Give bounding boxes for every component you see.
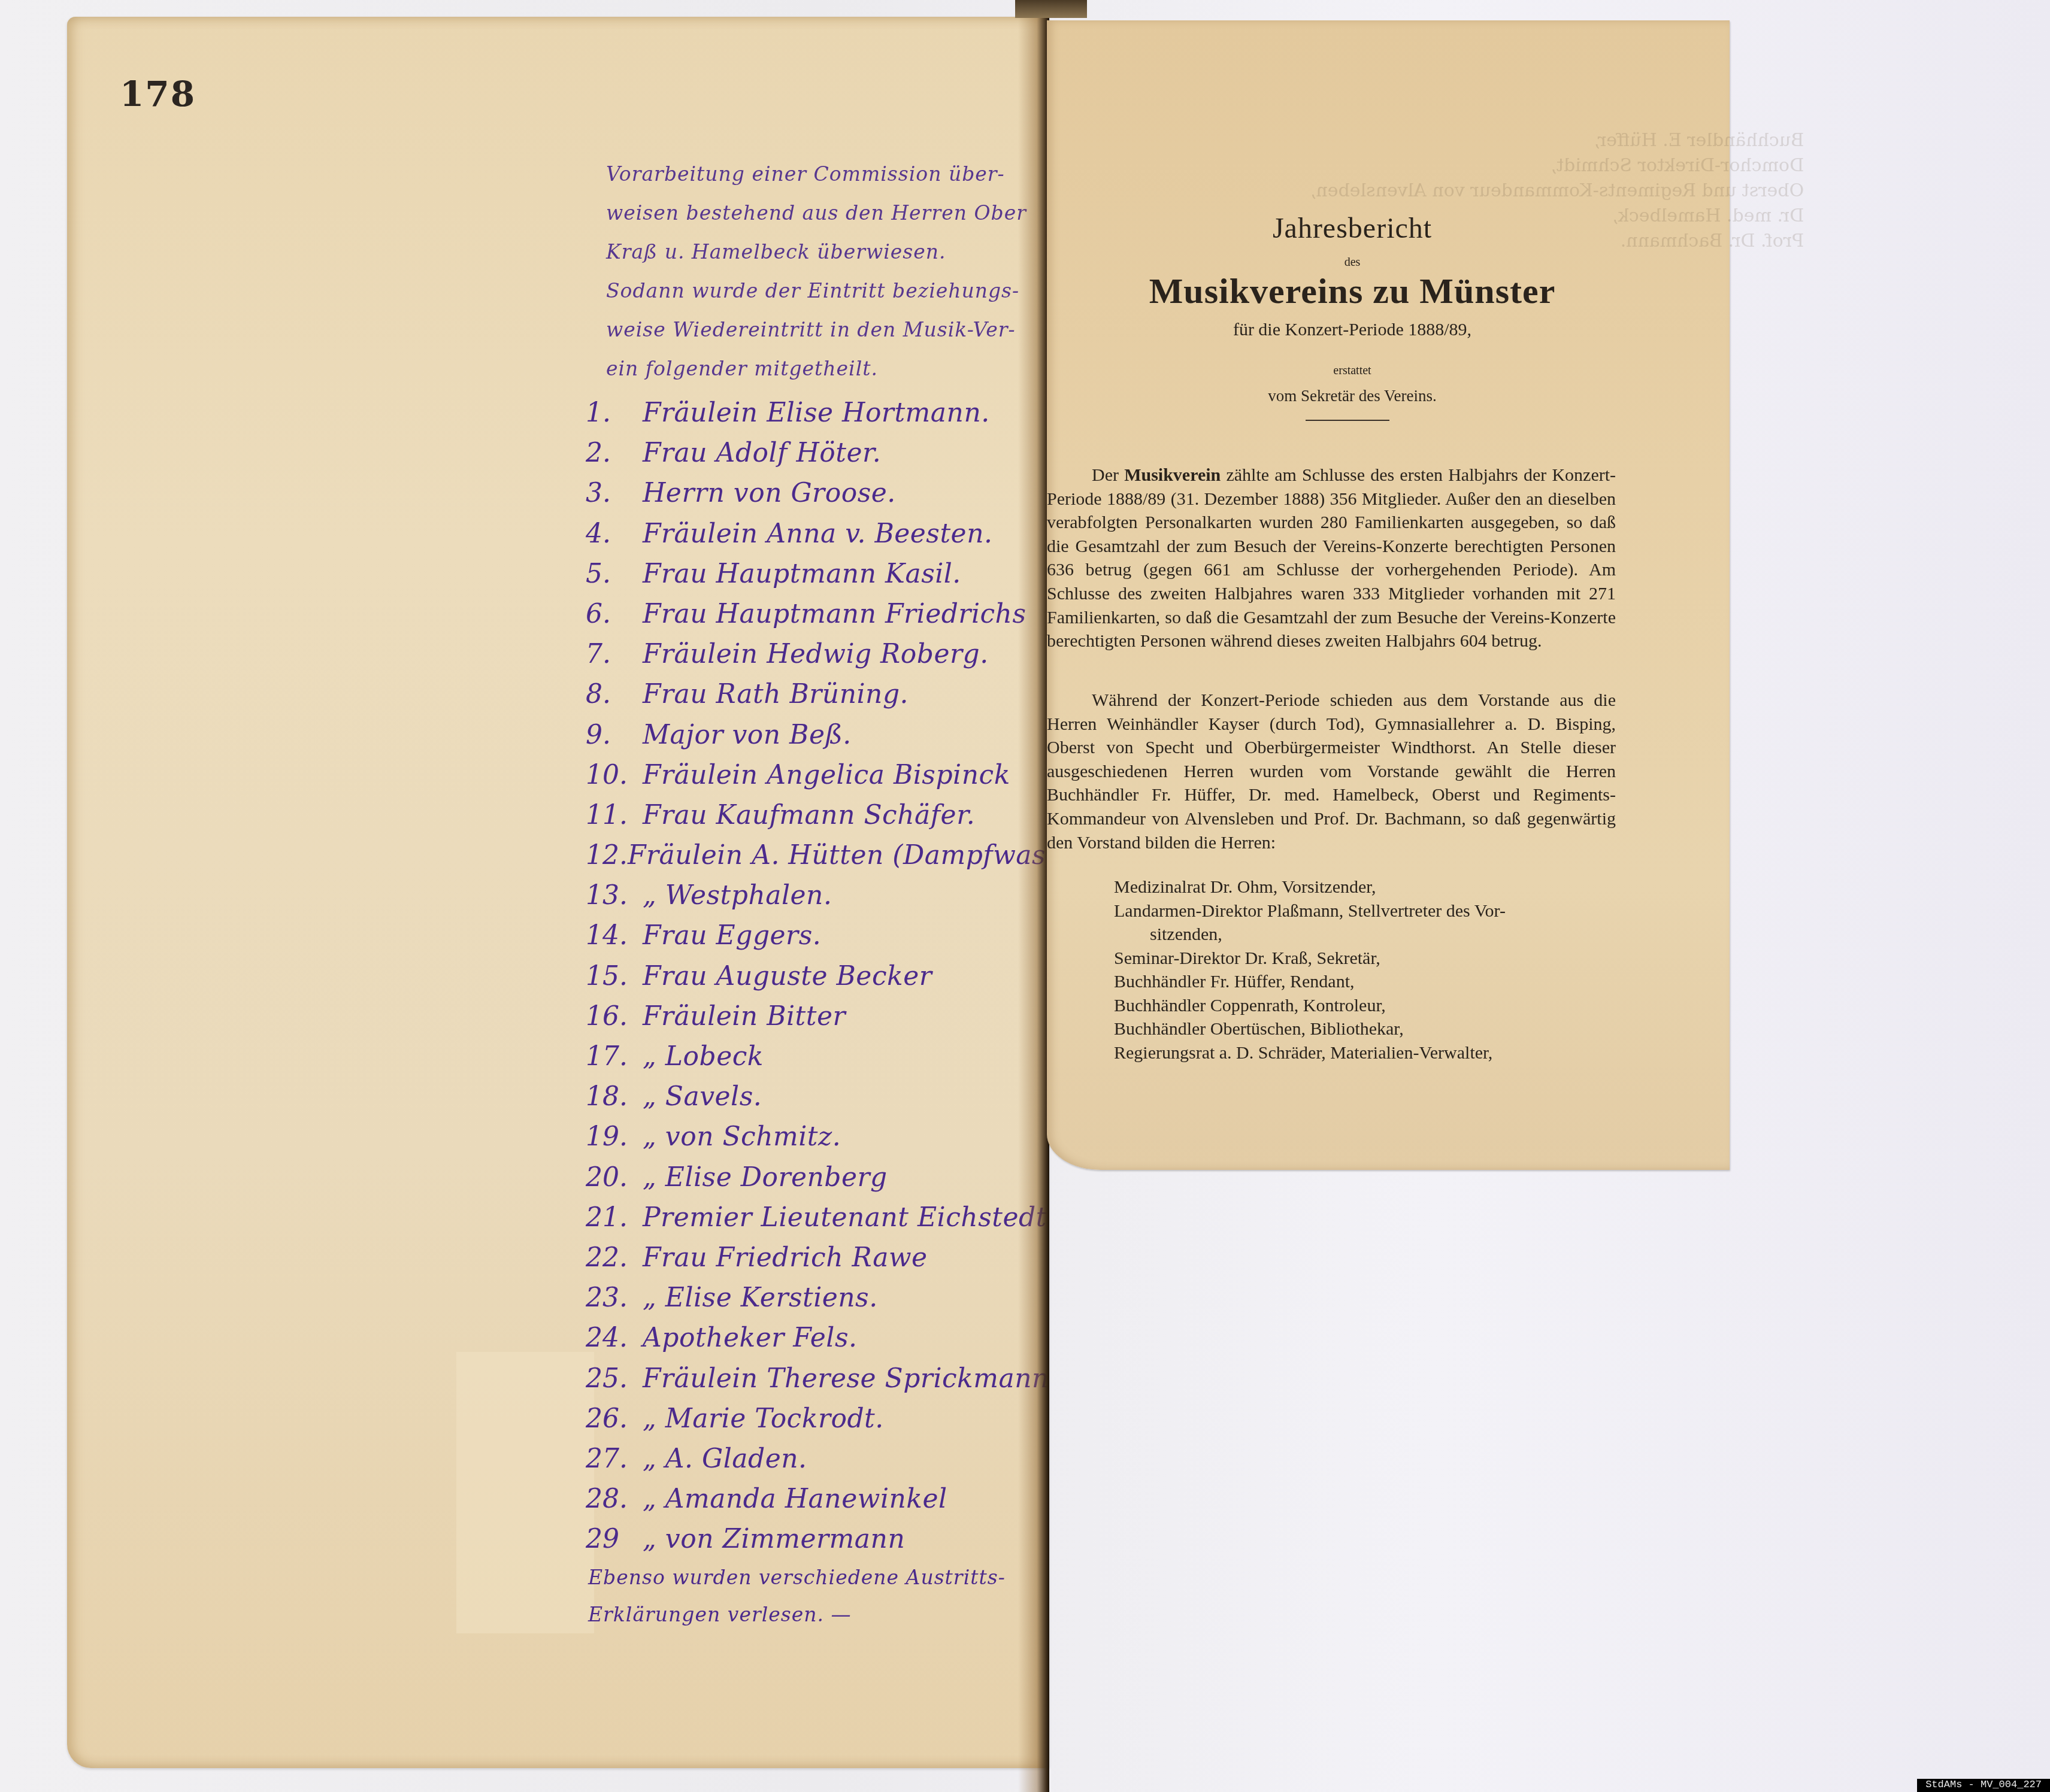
entry-number: 5. xyxy=(582,554,643,594)
title-erstattet: erstattet xyxy=(1083,364,1622,378)
entry-number: 3. xyxy=(582,473,643,513)
member-name: Fräulein Anna v. Beesten. xyxy=(643,514,992,554)
board-member-line: Landarmen-Direktor Plaßmann, Stellvertre… xyxy=(1114,901,1506,921)
ledger-page-left: 178 Vorarbeitung einer Commission über- … xyxy=(67,17,1049,1768)
member-name: Premier Lieutenant Eichstedt xyxy=(643,1197,1047,1238)
board-member: Medizinalrat Dr. Ohm, Vorsitzender, xyxy=(1113,875,1640,899)
member-name: Frau Auguste Becker xyxy=(643,956,932,996)
board-member: Landarmen-Direktor Plaßmann, Stellvertre… xyxy=(1113,899,1640,947)
entry-number: 20. xyxy=(582,1157,643,1197)
para-bold-term: Musikverein xyxy=(1124,465,1221,485)
board-member: Buchhändler Coppenrath, Kontroleur, xyxy=(1113,994,1640,1018)
entry-number: 21. xyxy=(582,1197,643,1238)
board-members-list: Medizinalrat Dr. Ohm, Vorsitzender, Land… xyxy=(1113,875,1640,1065)
entry-number: 15. xyxy=(582,956,643,996)
paper-patch xyxy=(456,1352,594,1633)
board-member-line: Buchhändler Fr. Hüffer, Rendant, xyxy=(1114,972,1354,991)
member-name: Apotheker Fels. xyxy=(643,1318,858,1358)
board-member-continuation: sitzenden, xyxy=(1114,923,1640,947)
entry-number: 29 xyxy=(582,1519,643,1559)
member-name: „ Elise Dorenberg xyxy=(643,1157,888,1197)
entry-number: 27. xyxy=(582,1439,643,1479)
member-name: Fräulein Hedwig Roberg. xyxy=(643,634,989,674)
member-name: Major von Beß. xyxy=(643,715,852,755)
entry-number: 25. xyxy=(582,1359,643,1399)
entry-number: 6. xyxy=(582,594,643,634)
member-name: „ A. Gladen. xyxy=(643,1439,807,1479)
board-member-line: Regierungsrat a. D. Schräder, Materialie… xyxy=(1114,1043,1492,1063)
board-member-line: Buchhändler Coppenrath, Kontroleur, xyxy=(1114,996,1386,1015)
entry-number: 11. xyxy=(582,795,643,835)
board-member-line: Seminar-Direktor Dr. Kraß, Sekretär, xyxy=(1114,948,1380,968)
member-name: Frau Eggers. xyxy=(643,915,821,956)
member-name: Fräulein Angelica Bispinck xyxy=(643,755,1010,795)
bleed-line: Oberst und Regiments-Kommandeur von Alve… xyxy=(1310,178,1804,204)
entry-number: 2. xyxy=(582,433,643,473)
board-member-line: Medizinalrat Dr. Ohm, Vorsitzender, xyxy=(1114,877,1376,897)
member-name: „ von Zimmermann xyxy=(643,1519,905,1559)
book-spine-edge xyxy=(1015,0,1087,18)
title-des: des xyxy=(1083,256,1622,269)
member-name: Herrn von Groose. xyxy=(643,473,896,513)
entry-number: 19. xyxy=(582,1117,643,1157)
entry-number: 17. xyxy=(582,1036,643,1077)
printed-report-sheet: Buchhändler E. Hüffer, Domchor-Direktor … xyxy=(1047,20,1730,1170)
entry-number: 13. xyxy=(582,875,643,915)
member-name: „ Savels. xyxy=(643,1077,762,1117)
entry-number: 18. xyxy=(582,1077,643,1117)
member-name: Frau Hauptmann Friedrichs xyxy=(643,594,1026,634)
member-name: Fräulein Bitter xyxy=(643,996,846,1036)
member-name: Frau Kaufmann Schäfer. xyxy=(643,795,975,835)
member-name: Frau Adolf Höter. xyxy=(643,433,881,473)
entry-number: 16. xyxy=(582,996,643,1036)
bleed-line: Domchor-Direktor Schmidt, xyxy=(1310,153,1804,178)
entry-number: 1. xyxy=(582,393,643,433)
entry-number: 28. xyxy=(582,1479,643,1519)
entry-number: 4. xyxy=(582,514,643,554)
book-gutter xyxy=(1018,0,1049,1792)
entry-number: 22. xyxy=(582,1238,643,1278)
member-name: Fräulein Therese Sprickmann xyxy=(643,1359,1049,1399)
member-name: Frau Friedrich Rawe xyxy=(643,1238,928,1278)
para-lead: Der xyxy=(1092,465,1119,485)
member-name: „ Westphalen. xyxy=(643,875,832,915)
archive-signature-label: StdAMs - MV_004_227 xyxy=(1917,1779,2050,1792)
bleed-line: Buchhändler E. Hüffer, xyxy=(1310,128,1804,153)
report-period: für die Konzert-Periode 1888/89, xyxy=(1083,320,1622,340)
entry-number: 10. xyxy=(582,755,643,795)
board-member: Buchhändler Obertüschen, Bibliothekar, xyxy=(1113,1017,1640,1041)
member-name: „ Elise Kerstiens. xyxy=(643,1278,878,1318)
board-member: Regierungsrat a. D. Schräder, Materialie… xyxy=(1113,1041,1640,1065)
board-change-paragraph: Während der Konzert-Periode schieden aus… xyxy=(1047,689,1616,854)
entry-number: 7. xyxy=(582,634,643,674)
page-number: 178 xyxy=(120,74,196,114)
entry-number: 26. xyxy=(582,1399,643,1439)
entry-number: 8. xyxy=(582,674,643,714)
organization-name: Musikvereins zu Münster xyxy=(1083,271,1622,312)
member-name: „ Lobeck xyxy=(643,1036,764,1077)
member-name: Frau Rath Brüning. xyxy=(643,674,909,714)
entry-number: 24. xyxy=(582,1318,643,1358)
member-name: „ Marie Tockrodt. xyxy=(643,1399,884,1439)
title-divider xyxy=(1306,420,1389,421)
report-author: vom Sekretär des Vereins. xyxy=(1083,387,1622,405)
member-name: Frau Hauptmann Kasil. xyxy=(643,554,961,594)
entry-number: 12. xyxy=(582,835,628,875)
member-name: „ Amanda Hanewinkel xyxy=(643,1479,947,1519)
entry-number: 9. xyxy=(582,715,643,755)
para-body: zählte am Schlusse des ersten Halbjahrs … xyxy=(1047,465,1616,651)
membership-paragraph: Der Musikverein zählte am Schlusse des e… xyxy=(1047,463,1616,653)
member-name: Fräulein Elise Hortmann. xyxy=(643,393,990,433)
entry-number: 14. xyxy=(582,915,643,956)
board-member: Buchhändler Fr. Hüffer, Rendant, xyxy=(1113,970,1640,994)
entry-number: 23. xyxy=(582,1278,643,1318)
board-member-line: Buchhändler Obertüschen, Bibliothekar, xyxy=(1114,1019,1404,1039)
report-title: Jahresbericht xyxy=(1083,212,1622,245)
board-member: Seminar-Direktor Dr. Kraß, Sekretär, xyxy=(1113,947,1640,971)
member-name: „ von Schmitz. xyxy=(643,1117,841,1157)
